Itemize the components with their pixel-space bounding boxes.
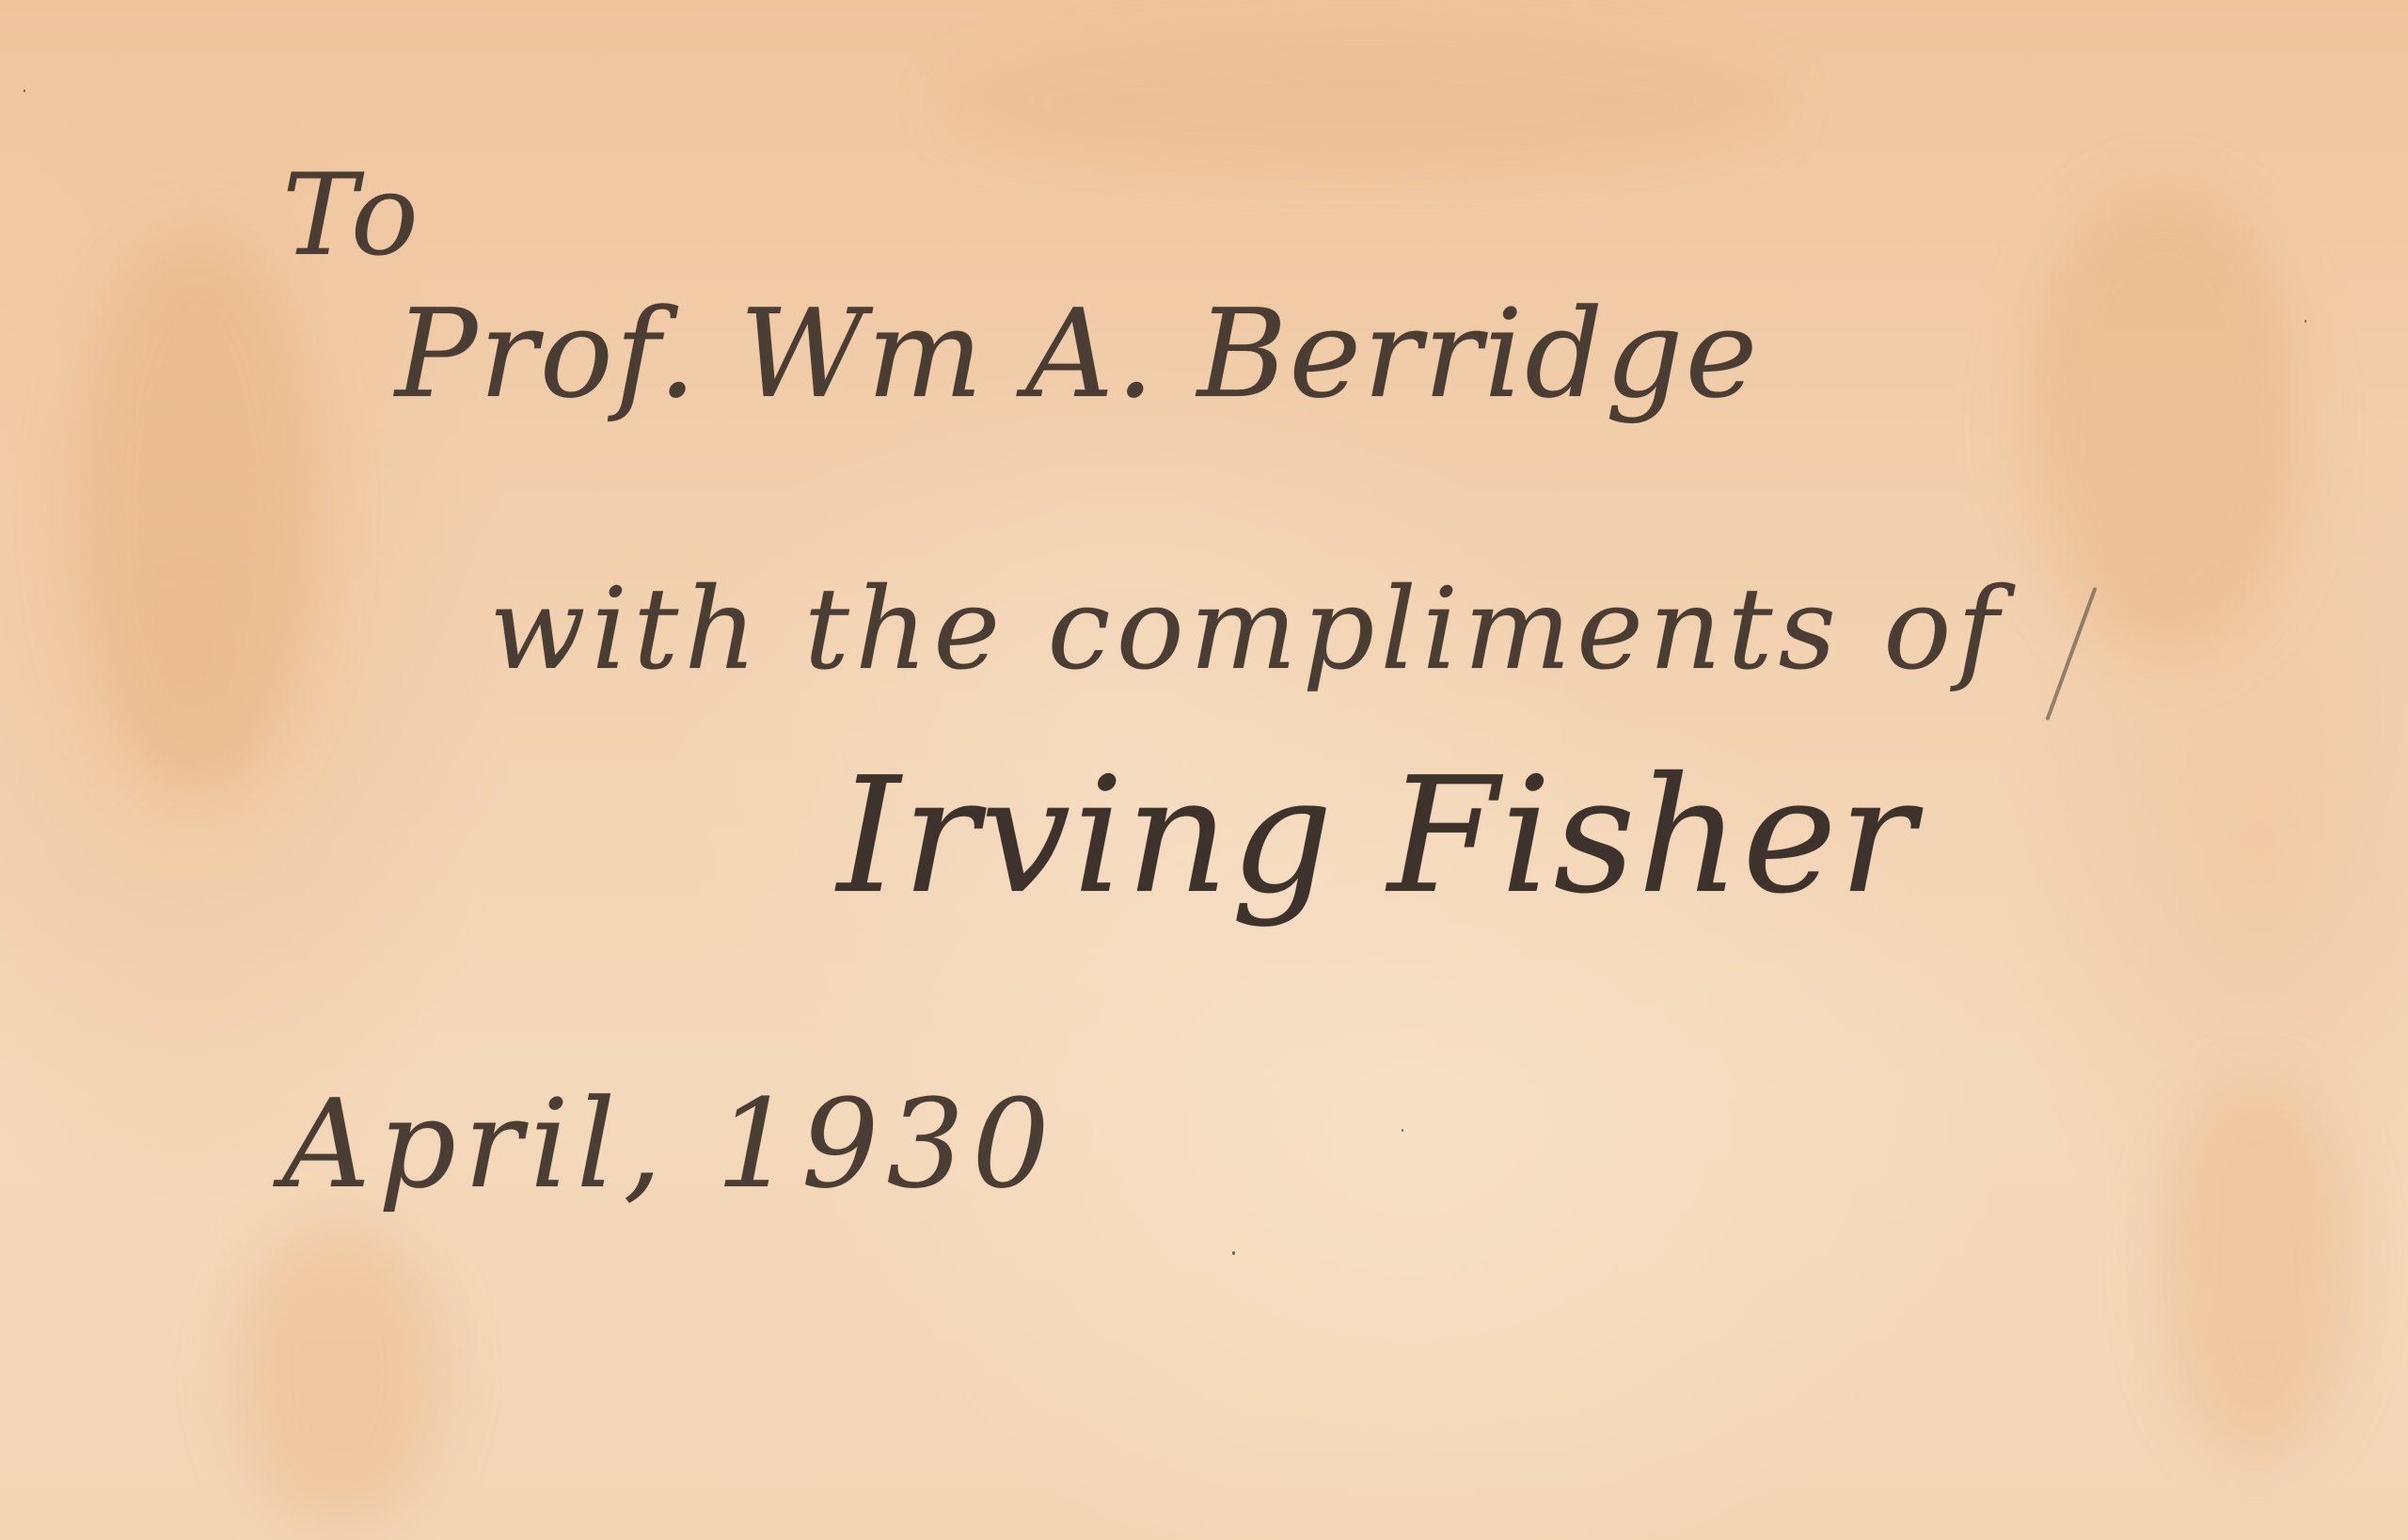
inscription-date: April, 1930 (282, 1072, 1057, 1215)
author-signature: Irving Fisher (837, 743, 1917, 929)
paper-fleck (24, 89, 25, 92)
foxing-stain (2022, 188, 2305, 659)
paper-fleck (1232, 1251, 1235, 1255)
foxing-stain (75, 235, 320, 800)
pencil-stroke (2045, 587, 2097, 721)
salutation-text: To (282, 151, 420, 281)
compliments-phrase: with the compliments of (489, 564, 2004, 695)
paper-fleck (2305, 320, 2306, 323)
recipient-name: Prof. Wm A. Berridge (395, 282, 1759, 425)
foxing-stain (2163, 1082, 2352, 1458)
inscription-page: To Prof. Wm A. Berridge with the complim… (0, 0, 2408, 1540)
foxing-stain (941, 28, 1787, 179)
paper-fleck (1402, 1129, 1403, 1132)
foxing-stain (235, 1223, 442, 1524)
